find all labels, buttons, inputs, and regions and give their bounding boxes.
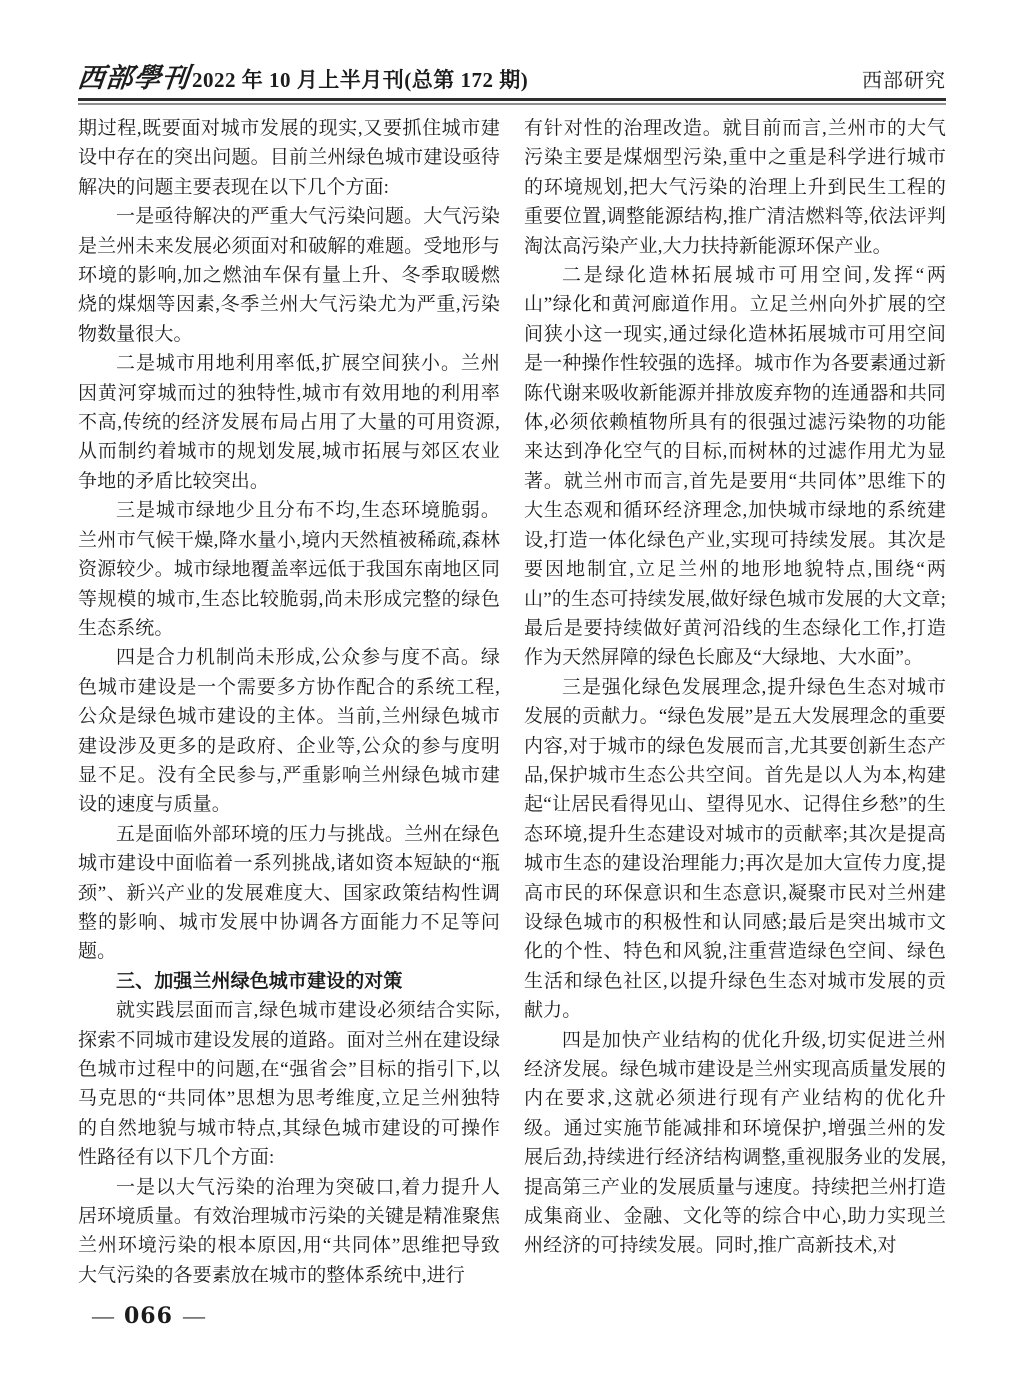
right-column: 有针对性的治理改造。就目前而言,兰州市的大气污染主要是煤烟型污染,重中之重是科学… xyxy=(524,114,946,1290)
journal-logo: 西部學刊 xyxy=(76,56,192,95)
journal-page: 西部學刊 2022 年 10 月上半月刊(总第 172 期) 西部研究 期过程,… xyxy=(0,0,1024,1389)
paragraph: 二是绿化造林拓展城市可用空间,发挥“两山”绿化和黄河廊道作用。立足兰州向外扩展的… xyxy=(524,261,946,673)
paragraph: 五是面临外部环境的压力与挑战。兰州在绿色城市建设中面临着一系列挑战,诸如资本短缺… xyxy=(78,820,500,967)
paragraph: 四是合力机制尚未形成,公众参与度不高。绿色城市建设是一个需要多方协作配合的系统工… xyxy=(78,643,500,819)
journal-masthead: 西部學刊 2022 年 10 月上半月刊(总第 172 期) xyxy=(78,56,528,95)
paragraph: 期过程,既要面对城市发展的现实,又要抓住城市建设中存在的突出问题。目前兰州绿色城… xyxy=(78,114,500,202)
divider-line-bottom xyxy=(78,103,946,105)
page-footer: — 066 — xyxy=(92,1303,205,1329)
section-heading: 三、加强兰州绿色城市建设的对策 xyxy=(78,967,500,996)
paragraph: 三是强化绿色发展理念,提升绿色生态对城市发展的贡献力。“绿色发展”是五大发展理念… xyxy=(524,673,946,1026)
issue-info: 2022 年 10 月上半月刊(总第 172 期) xyxy=(192,64,528,94)
footer-dash-right: — xyxy=(183,1303,205,1329)
left-column: 期过程,既要面对城市发展的现实,又要抓住城市建设中存在的突出问题。目前兰州绿色城… xyxy=(78,114,500,1290)
paragraph: 一是以大气污染的治理为突破口,着力提升人居环境质量。有效治理城市污染的关键是精准… xyxy=(78,1173,500,1291)
footer-dash-left: — xyxy=(92,1303,114,1329)
page-number: 066 xyxy=(124,1303,173,1329)
paragraph: 有针对性的治理改造。就目前而言,兰州市的大气污染主要是煤烟型污染,重中之重是科学… xyxy=(524,114,946,261)
paragraph: 二是城市用地利用率低,扩展空间狭小。兰州因黄河穿城而过的独特性,城市有效用地的利… xyxy=(78,349,500,496)
section-title: 西部研究 xyxy=(862,64,946,93)
article-body: 期过程,既要面对城市发展的现实,又要抓住城市建设中存在的突出问题。目前兰州绿色城… xyxy=(78,114,946,1290)
page-header: 西部學刊 2022 年 10 月上半月刊(总第 172 期) 西部研究 xyxy=(78,56,946,95)
paragraph: 三是城市绿地少且分布不均,生态环境脆弱。兰州市气候干燥,降水量小,境内天然植被稀… xyxy=(78,496,500,643)
paragraph: 四是加快产业结构的优化升级,切实促进兰州经济发展。绿色城市建设是兰州实现高质量发… xyxy=(524,1026,946,1261)
paragraph: 就实践层面而言,绿色城市建设必须结合实际,探索不同城市建设发展的道路。面对兰州在… xyxy=(78,996,500,1172)
paragraph: 一是亟待解决的严重大气污染问题。大气污染是兰州未来发展必须面对和破解的难题。受地… xyxy=(78,202,500,349)
header-divider xyxy=(78,98,946,105)
